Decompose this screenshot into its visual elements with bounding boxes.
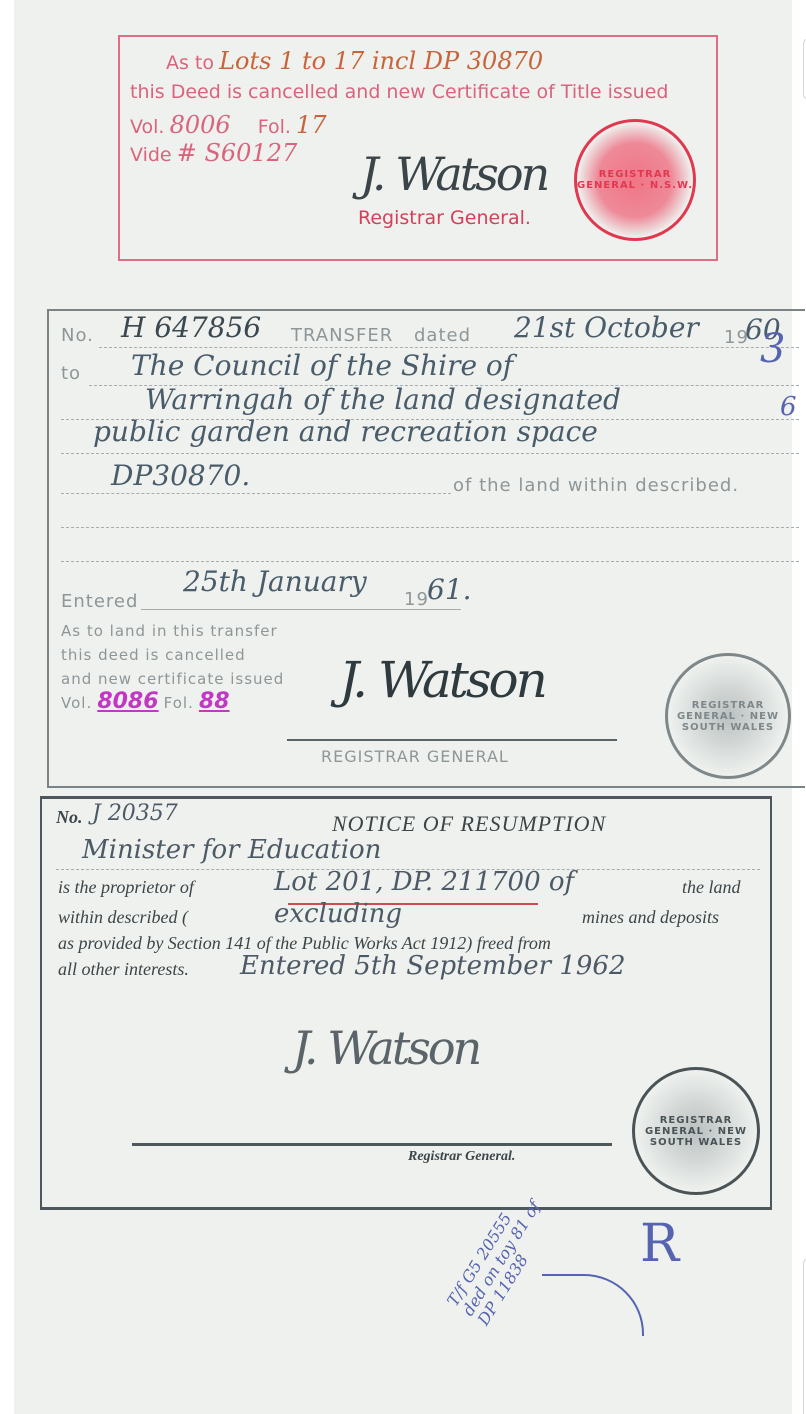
entered-year-prefix: 19 xyxy=(404,589,429,610)
note-line: and new certificate issued xyxy=(61,667,284,691)
dotted-line xyxy=(61,527,799,528)
transfer-box: No. H 647856 TRANSFER dated 21st October… xyxy=(47,309,805,788)
lot-handwritten: Lot 201, DP. 211700 of xyxy=(274,867,574,897)
entered-label: Entered xyxy=(61,591,138,612)
proprietor-handwritten: Minister for Education xyxy=(82,835,381,865)
transferee-line-1: The Council of the Shire of xyxy=(131,349,513,382)
vol-fol-line: Vol. 8006 Fol. 17 xyxy=(130,111,327,139)
resumption-number: J 20357 xyxy=(92,801,178,826)
registrar-signature: J. Watson xyxy=(339,651,545,709)
within-described-label: within described ( xyxy=(58,907,188,928)
transfer-vol-fol: Vol. 8086 Fol. 88 xyxy=(61,689,230,714)
seal-text: REGISTRAR GENERAL · N.S.W. xyxy=(577,169,693,191)
seal-text: REGISTRAR GENERAL · NEW SOUTH WALES xyxy=(635,1115,757,1148)
of-land-label: of the land within described. xyxy=(453,475,739,496)
transfer-no-label: No. xyxy=(61,325,94,346)
fol-label: Fol. xyxy=(164,694,194,712)
transferee-line-4: DP30870. xyxy=(111,459,250,492)
excluding-handwritten: excluding xyxy=(274,899,402,929)
transferee-line-2: Warringah of the land designated xyxy=(145,383,621,416)
registrar-signature: J. Watson xyxy=(292,1021,479,1075)
mines-deposits-label: mines and deposits xyxy=(582,907,719,928)
transfer-label: TRANSFER xyxy=(291,325,393,346)
dotted-line xyxy=(61,493,451,494)
resumption-no-label: No. xyxy=(56,807,83,828)
vol-value: 8006 xyxy=(170,111,231,139)
vol-label: Vol. xyxy=(130,116,164,138)
registrar-signature: J. Watson xyxy=(360,147,547,201)
the-land-label: the land xyxy=(682,877,741,898)
fol-value: 88 xyxy=(199,689,230,714)
transfer-number: H 647856 xyxy=(121,311,261,344)
cancellation-note: As to land in this transfer this deed is… xyxy=(61,619,284,691)
dated-label: dated xyxy=(414,325,471,346)
vide-line: Vide # S60127 xyxy=(130,139,297,167)
proprietor-label: is the proprietor of xyxy=(58,877,194,898)
dotted-line xyxy=(61,453,799,454)
registrar-title: REGISTRAR GENERAL xyxy=(321,747,509,766)
registrar-seal-nsw: REGISTRAR GENERAL · NEW SOUTH WALES xyxy=(632,1067,760,1195)
other-interests-label: all other interests. xyxy=(58,959,189,980)
resumption-entered-date: Entered 5th September 1962 xyxy=(240,951,626,981)
as-to-label: As to xyxy=(166,52,214,74)
fol-value: 17 xyxy=(296,111,327,139)
vol-label: Vol. xyxy=(61,694,92,712)
registrar-seal-nsw: REGISTRAR GENERAL · NEW SOUTH WALES xyxy=(665,653,791,779)
initial-mark: R xyxy=(640,1214,679,1274)
to-label: to xyxy=(61,363,81,384)
document-page: As to Lots 1 to 17 incl DP 30870 this De… xyxy=(14,0,792,1414)
dotted-line xyxy=(61,561,799,562)
note-line: As to land in this transfer xyxy=(61,619,284,643)
bracket-mark xyxy=(542,1274,644,1336)
transferee-line-3: public garden and recreation space xyxy=(93,415,598,448)
fol-label: Fol. xyxy=(258,116,291,138)
signature-line xyxy=(287,739,617,741)
dotted-line xyxy=(99,347,799,348)
lots-handwritten: Lots 1 to 17 incl DP 30870 xyxy=(219,47,543,75)
entered-year-value: 61. xyxy=(427,573,472,606)
resumption-title: NOTICE OF RESUMPTION xyxy=(332,811,606,837)
margin-mark: 3 xyxy=(760,326,785,372)
vide-label: Vide xyxy=(130,144,172,166)
transfer-date: 21st October xyxy=(514,311,699,344)
cancellation-stamp-box: As to Lots 1 to 17 incl DP 30870 this De… xyxy=(118,35,718,261)
vide-value: # S60127 xyxy=(177,139,298,167)
cancellation-line-1: As to Lots 1 to 17 incl DP 30870 xyxy=(166,47,543,75)
margin-mark: 6 xyxy=(780,392,797,422)
note-line: this deed is cancelled xyxy=(61,643,284,667)
cancellation-line-2: this Deed is cancelled and new Certifica… xyxy=(130,81,668,103)
resumption-box: No. J 20357 NOTICE OF RESUMPTION Ministe… xyxy=(40,796,772,1210)
seal-text: REGISTRAR GENERAL · NEW SOUTH WALES xyxy=(668,700,788,733)
registrar-seal-red: REGISTRAR GENERAL · N.S.W. xyxy=(574,119,696,241)
vol-value: 8086 xyxy=(97,689,158,714)
registrar-title: Registrar General. xyxy=(358,207,531,229)
registrar-title: Registrar General. xyxy=(408,1149,515,1165)
entered-date: 25th January xyxy=(183,565,367,598)
